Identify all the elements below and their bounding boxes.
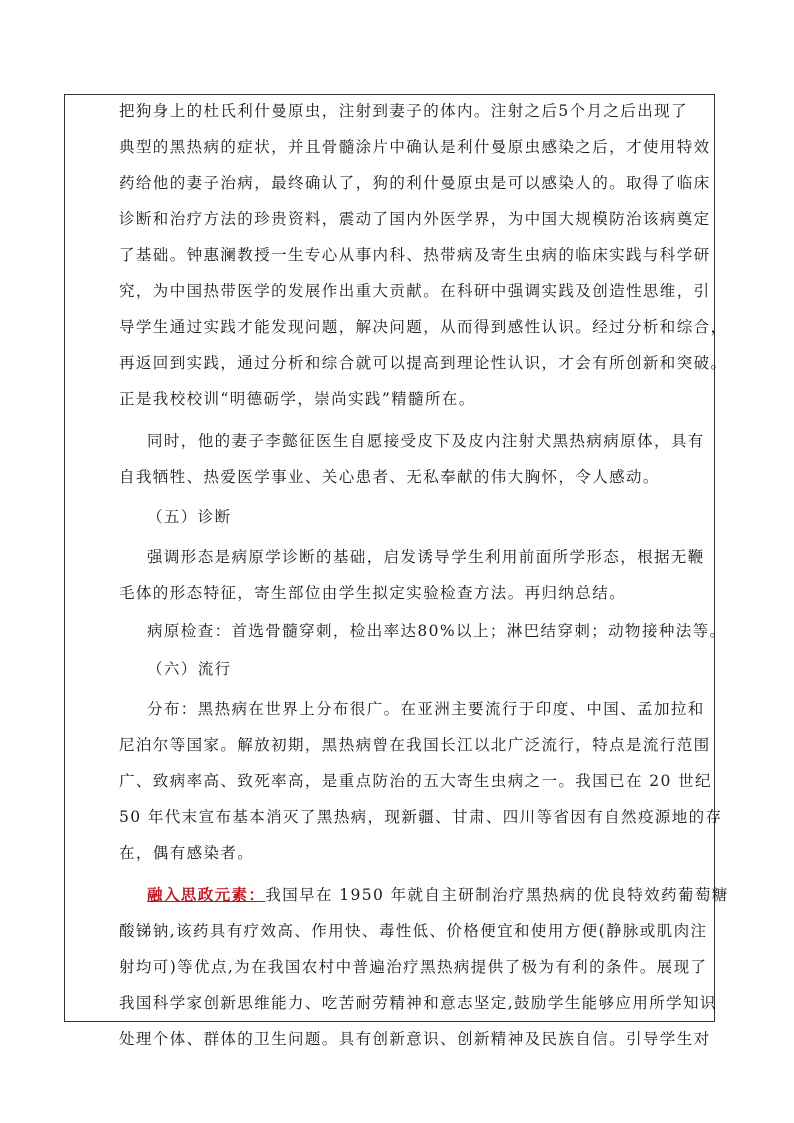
text-line: 再返回到实践，通过分析和综合就可以提高到理论性认识，才会有所创新和突破。 <box>119 353 727 373</box>
text-line: 自我牺牲、热爱医学事业、关心患者、无私奉献的伟大胸怀，令人感动。 <box>119 467 660 487</box>
text-line: 尼泊尔等国家。解放初期，黑热病曾在我国长江以北广泛流行，特点是流行范围 <box>119 735 711 755</box>
text-line: 强调形态是病原学诊断的基础，启发诱导学生利用前面所学形态，根据无鞭 <box>147 547 705 567</box>
text-line: 诊断和治疗方法的珍贵资料，震动了国内外医学界，为中国大规模防治该病奠定 <box>119 209 711 229</box>
text-line: 50 年代末宣布基本消灭了黑热病，现新疆、甘肃、四川等省因有自然疫源地的存 <box>119 807 722 827</box>
document-table-cell: 融入思政元素：我国早在 1950 年就自主研制治疗黑热病的优良特效药葡萄糖 把狗… <box>64 94 715 1022</box>
text-line: 处理个体、群体的卫生问题。具有创新意识、创新精神及民族自信。引导学生对 <box>119 1029 711 1049</box>
text-line: 射均可)等优点,为在我国农村中普遍治疗黑热病提供了极为有利的条件。展现了 <box>119 957 707 977</box>
text-line: 同时，他的妻子李懿征医生自愿接受皮下及皮内注射犬黑热病病原体，具有 <box>147 431 705 451</box>
text-line: 正是我校校训“明德砺学，崇尚实践”精髓所在。 <box>119 389 476 409</box>
text-line: 我国科学家创新思维能力、吃苦耐劳精神和意志坚定,鼓励学生能够应用所学知识 <box>119 993 717 1013</box>
ideology-text: 我国早在 1950 年就自主研制治疗黑热病的优良特效药葡萄糖 <box>265 886 728 904</box>
ideology-paragraph-first-line: 融入思政元素：我国早在 1950 年就自主研制治疗黑热病的优良特效药葡萄糖 <box>147 885 729 905</box>
text-line: 究，为中国热带医学的发展作出重大贡献。在科研中强调实践及创造性思维，引 <box>119 281 711 301</box>
text-line: 典型的黑热病的症状，并且骨髓涂片中确认是利什曼原虫感染之后，才使用特效 <box>119 137 711 157</box>
text-line: 了基础。钟惠澜教授一生专心从事内科、热带病及寄生虫病的临床实践与科学研 <box>119 245 711 265</box>
text-line: （六）流行 <box>147 659 232 679</box>
text-line: 把狗身上的杜氏利什曼原虫，注射到妻子的体内。注射之后5个月之后出现了 <box>119 101 688 121</box>
text-line: 导学生通过实践才能发现问题，解决问题，从而得到感性认识。经过分析和综合， <box>119 317 727 337</box>
text-line: 酸锑钠,该药具有疗效高、作用快、毒性低、价格便宜和使用方便(静脉或肌肉注 <box>119 921 707 941</box>
text-line: 药给他的妻子治病，最终确认了，狗的利什曼原虫是可以感染人的。取得了临床 <box>119 173 711 193</box>
text-line: 广、致病率高、致死率高，是重点防治的五大寄生虫病之一。我国已在 20 世纪 <box>119 771 712 791</box>
text-line: 毛体的形态特征，寄生部位由学生拟定实验检查方法。再归纳总结。 <box>119 583 626 603</box>
ideology-label: 融入思政元素： <box>147 885 265 904</box>
text-line: （五）诊断 <box>147 507 232 527</box>
text-line: 在，偶有感染者。 <box>119 843 254 863</box>
text-line: 分布：黑热病在世界上分布很广。在亚洲主要流行于印度、中国、孟加拉和 <box>147 699 705 719</box>
text-line: 病原检查：首选骨髓穿刺，检出率达80%以上；淋巴结穿刺；动物接种法等。 <box>147 621 726 641</box>
